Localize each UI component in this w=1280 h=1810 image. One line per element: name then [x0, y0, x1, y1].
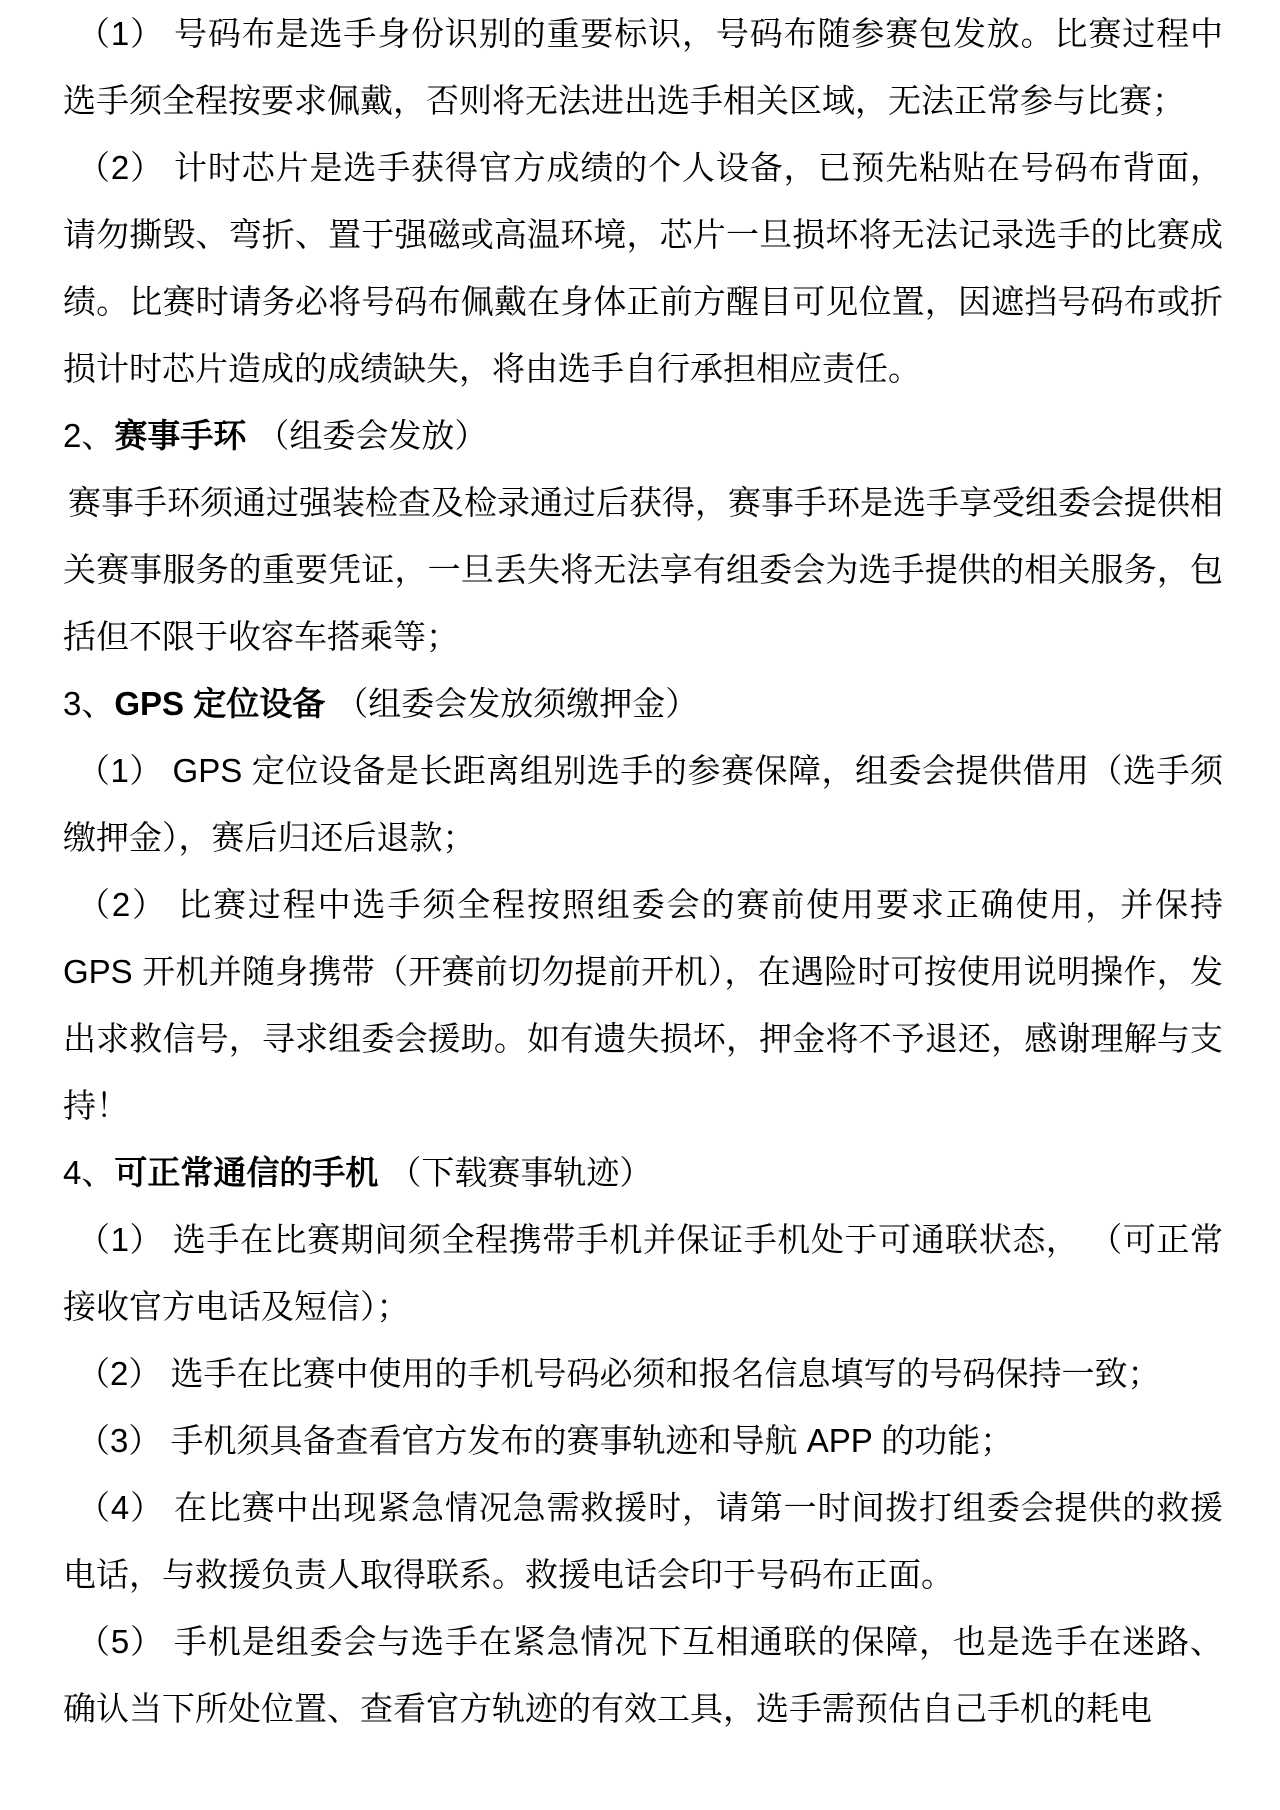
para-phone-item-3: （3） 手机须具备查看官方发布的赛事轨迹和导航 APP 的功能； — [63, 1407, 1223, 1474]
heading-phone-number: 4、 — [63, 1154, 114, 1191]
heading-wristband-number: 2、 — [63, 417, 114, 454]
heading-wristband-note: （组委会发放） — [256, 417, 487, 454]
para-phone-item-5: （5） 手机是组委会与选手在紧急情况下互相通联的保障，也是选手在迷路、确认当下所… — [63, 1608, 1223, 1742]
para-phone-item-4: （4） 在比赛中出现紧急情况急需救援时，请第一时间拨打组委会提供的救援电话，与救… — [63, 1474, 1223, 1608]
heading-phone: 4、可正常通信的手机（下载赛事轨迹） — [63, 1139, 1223, 1206]
para-phone-item-1: （1） 选手在比赛期间须全程携带手机并保证手机处于可通联状态， （可正常接收官方… — [63, 1206, 1223, 1340]
heading-wristband-title: 赛事手环 — [114, 417, 246, 454]
para-bib-item-2: （2） 计时芯片是选手获得官方成绩的个人设备，已预先粘贴在号码布背面，请勿撕毁、… — [63, 134, 1223, 402]
document-page: { "page": { "background": "#ffffff", "te… — [0, 0, 1280, 1810]
heading-phone-note: （下载赛事轨迹） — [388, 1154, 652, 1191]
heading-phone-title: 可正常通信的手机 — [114, 1154, 378, 1191]
para-gps-item-2: （2） 比赛过程中选手须全程按照组委会的赛前使用要求正确使用，并保持 GPS 开… — [63, 871, 1223, 1139]
para-phone-item-2: （2） 选手在比赛中使用的手机号码必须和报名信息填写的号码保持一致； — [63, 1340, 1223, 1407]
heading-gps-title: GPS 定位设备 — [114, 685, 325, 722]
heading-gps-note: （组委会发放须缴押金） — [335, 685, 698, 722]
heading-gps-number: 3、 — [63, 685, 114, 722]
para-wristband-body: 赛事手环须通过强装检查及检录通过后获得，赛事手环是选手享受组委会提供相关赛事服务… — [63, 469, 1223, 670]
document-content: （1） 号码布是选手身份识别的重要标识，号码布随参赛包发放。比赛过程中选手须全程… — [0, 0, 1280, 1802]
heading-gps: 3、GPS 定位设备（组委会发放须缴押金） — [63, 670, 1223, 737]
heading-wristband: 2、赛事手环（组委会发放） — [63, 402, 1223, 469]
para-bib-item-1: （1） 号码布是选手身份识别的重要标识，号码布随参赛包发放。比赛过程中选手须全程… — [63, 0, 1223, 134]
para-gps-item-1: （1） GPS 定位设备是长距离组别选手的参赛保障，组委会提供借用（选手须缴押金… — [63, 737, 1223, 871]
